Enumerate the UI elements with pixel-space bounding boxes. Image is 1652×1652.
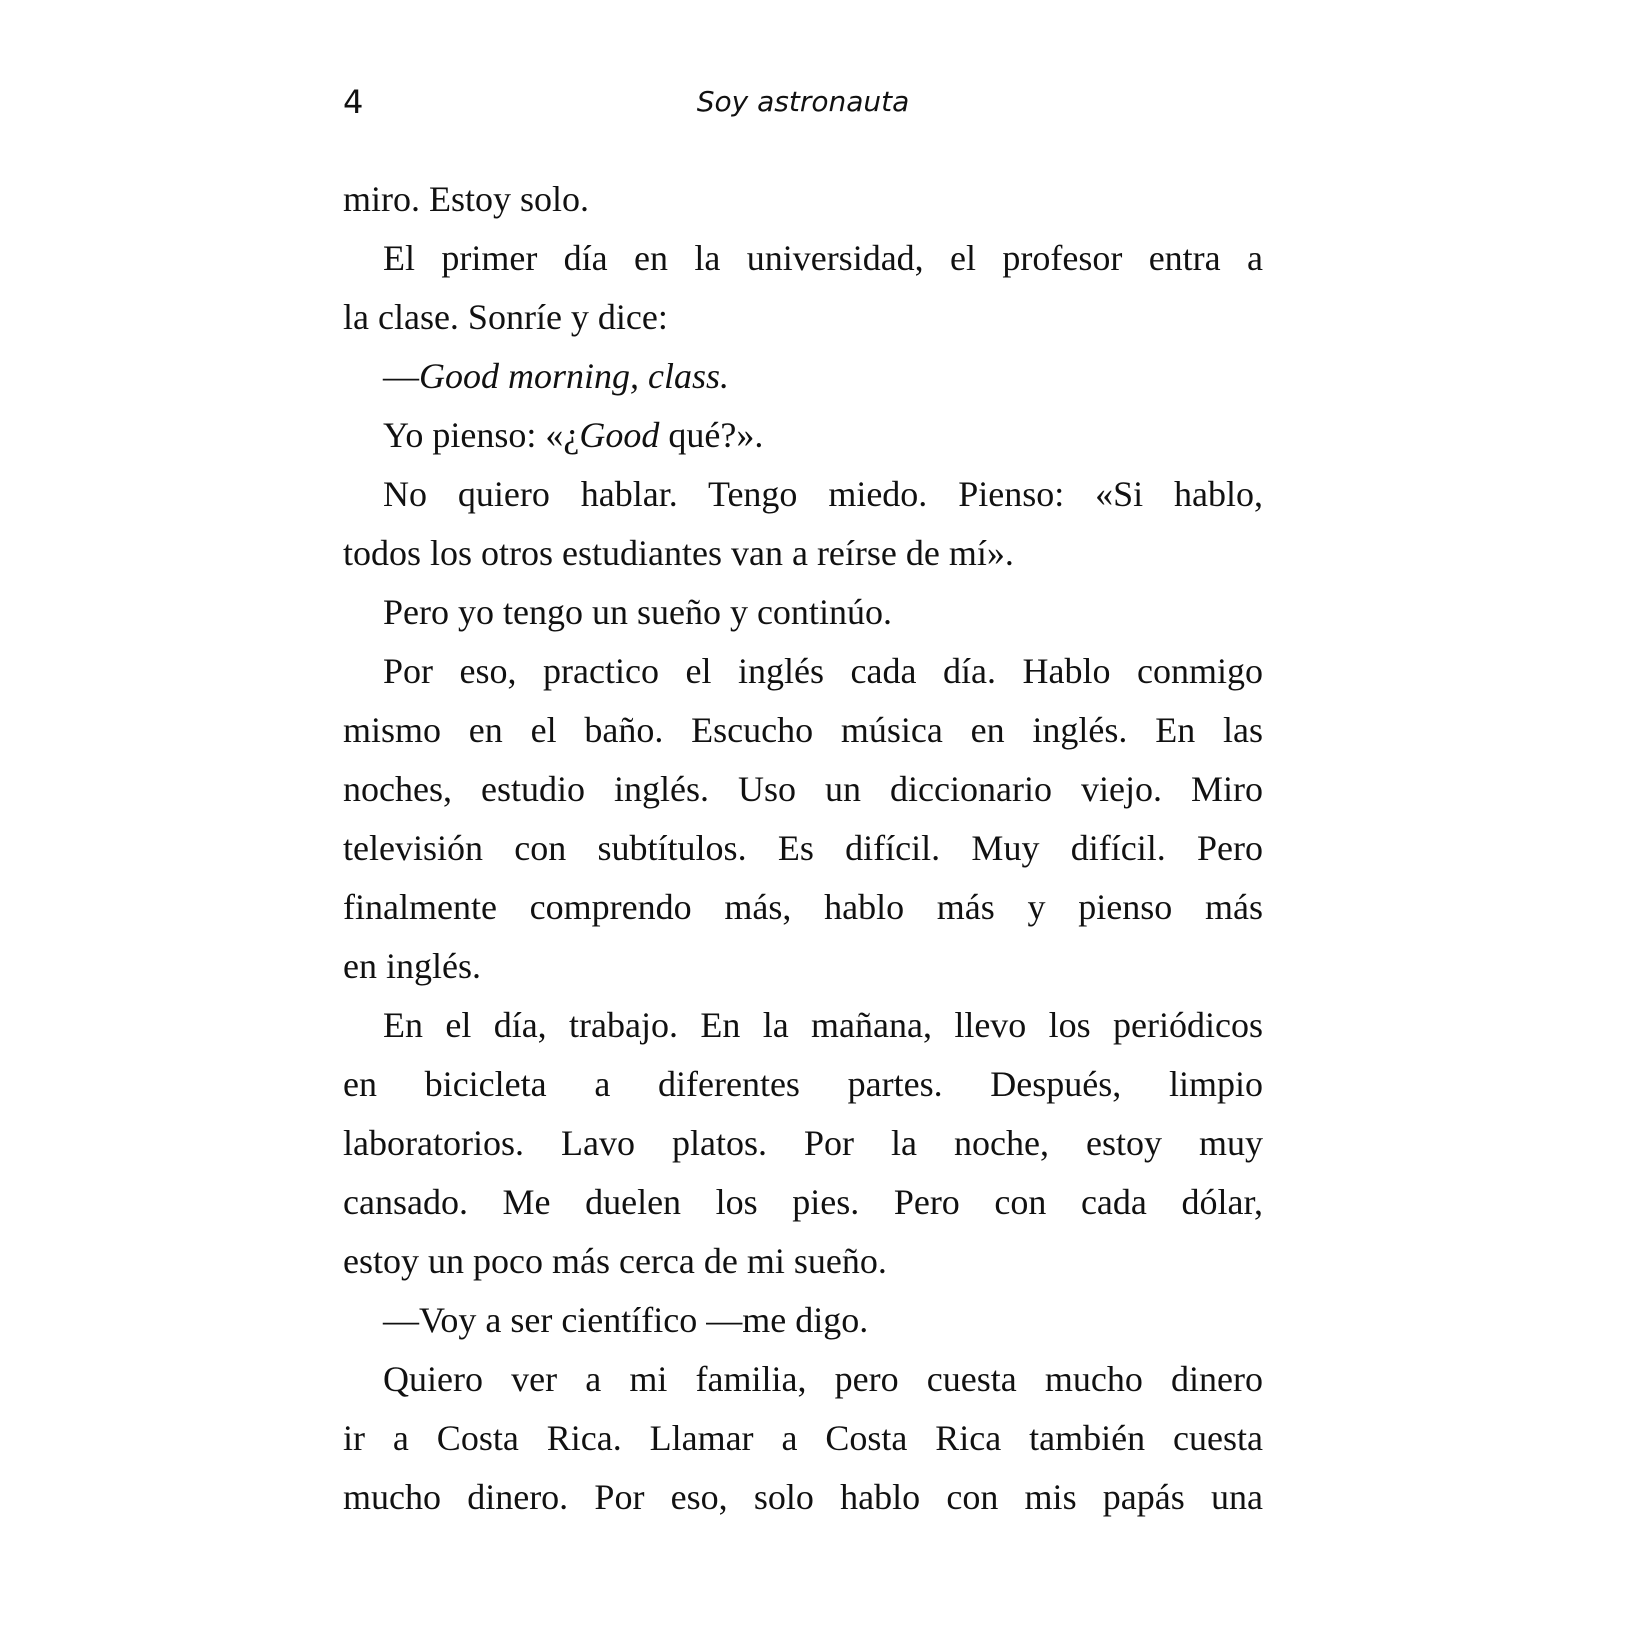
text-line: laboratorios. Lavo platos. Por la noche,… bbox=[343, 1114, 1263, 1173]
text-line: ir a Costa Rica. Llamar a Costa Rica tam… bbox=[343, 1409, 1263, 1468]
dialogue-line: —Good morning, class. bbox=[343, 347, 1263, 406]
text-line: Por eso, practico el inglés cada día. Ha… bbox=[343, 642, 1263, 701]
text-line: El primer día en la universidad, el prof… bbox=[343, 229, 1263, 288]
text-line: Pero yo tengo un sueño y continúo. bbox=[343, 583, 1263, 642]
dialogue-line: —Voy a ser científico —me digo. bbox=[343, 1291, 1263, 1350]
text-line: mucho dinero. Por eso, solo hablo con mi… bbox=[343, 1468, 1263, 1527]
italic-text: Good bbox=[579, 415, 659, 455]
running-title: Soy astronauta bbox=[343, 80, 1263, 124]
running-header: 4 Soy astronauta bbox=[343, 80, 1263, 124]
text-line: en bicicleta a diferentes partes. Despué… bbox=[343, 1055, 1263, 1114]
text-line: televisión con subtítulos. Es difícil. M… bbox=[343, 819, 1263, 878]
text-line: cansado. Me duelen los pies. Pero con ca… bbox=[343, 1173, 1263, 1232]
text-line: todos los otros estudiantes van a reírse… bbox=[343, 524, 1263, 583]
text-line: la clase. Sonríe y dice: bbox=[343, 288, 1263, 347]
text-line: estoy un poco más cerca de mi sueño. bbox=[343, 1232, 1263, 1291]
book-page: 4 Soy astronauta miro. Estoy solo. El pr… bbox=[0, 0, 1652, 1652]
text-line: finalmente comprendo más, hablo más y pi… bbox=[343, 878, 1263, 937]
text-line: Yo pienso: «¿Good qué?». bbox=[343, 406, 1263, 465]
text-line: En el día, trabajo. En la mañana, llevo … bbox=[343, 996, 1263, 1055]
body-text: miro. Estoy solo. El primer día en la un… bbox=[343, 170, 1263, 1527]
italic-text: Good morning, class. bbox=[419, 356, 729, 396]
text-line: No quiero hablar. Tengo miedo. Pienso: «… bbox=[343, 465, 1263, 524]
text-line: mismo en el baño. Escucho música en ingl… bbox=[343, 701, 1263, 760]
text-line: en inglés. bbox=[343, 937, 1263, 996]
text-line: miro. Estoy solo. bbox=[343, 170, 1263, 229]
text-line: Quiero ver a mi familia, pero cuesta muc… bbox=[343, 1350, 1263, 1409]
text-line: noches, estudio inglés. Uso un diccionar… bbox=[343, 760, 1263, 819]
